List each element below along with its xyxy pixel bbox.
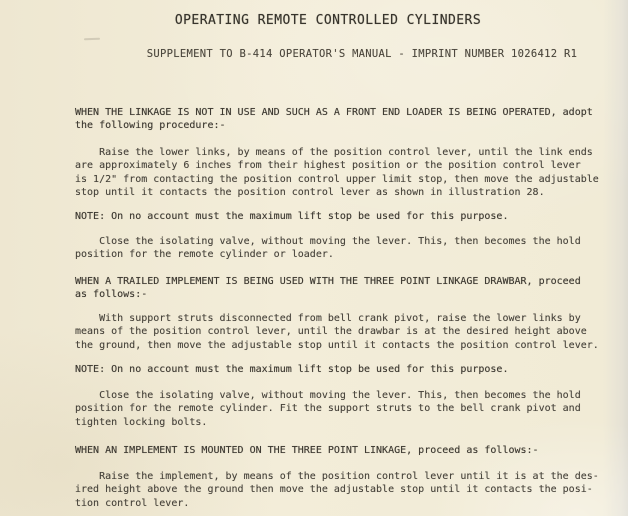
section-heading-linkage-not-in-use: WHEN THE LINKAGE IS NOT IN USE AND SUCH …: [75, 106, 620, 133]
note-maximum-lift-stop-1: NOTE: On no account must the maximum lif…: [75, 210, 620, 223]
page-title: OPERATING REMOTE CONTROLLED CYLINDERS: [14, 13, 628, 28]
paragraph-close-isolating-valve-loader: Close the isolating valve, without movin…: [75, 235, 620, 262]
scan-scratch-mark: [84, 38, 100, 41]
scanned-manual-page: OPERATING REMOTE CONTROLLED CYLINDERS SU…: [0, 0, 628, 516]
note-maximum-lift-stop-2: NOTE: On no account must the maximum lif…: [75, 363, 620, 376]
section-heading-trailed-implement: WHEN A TRAILED IMPLEMENT IS BEING USED W…: [75, 275, 620, 302]
section-heading-implement-mounted: WHEN AN IMPLEMENT IS MOUNTED ON THE THRE…: [75, 444, 620, 457]
page-subtitle: SUPPLEMENT TO B-414 OPERATOR'S MANUAL - …: [48, 48, 628, 60]
paragraph-support-struts: With support struts disconnected from be…: [75, 312, 620, 352]
paragraph-raise-lower-links: Raise the lower links, by means of the p…: [75, 146, 620, 200]
paragraph-raise-implement: Raise the implement, by means of the pos…: [75, 470, 620, 510]
paragraph-close-isolating-valve-cylinder: Close the isolating valve, without movin…: [75, 389, 620, 429]
